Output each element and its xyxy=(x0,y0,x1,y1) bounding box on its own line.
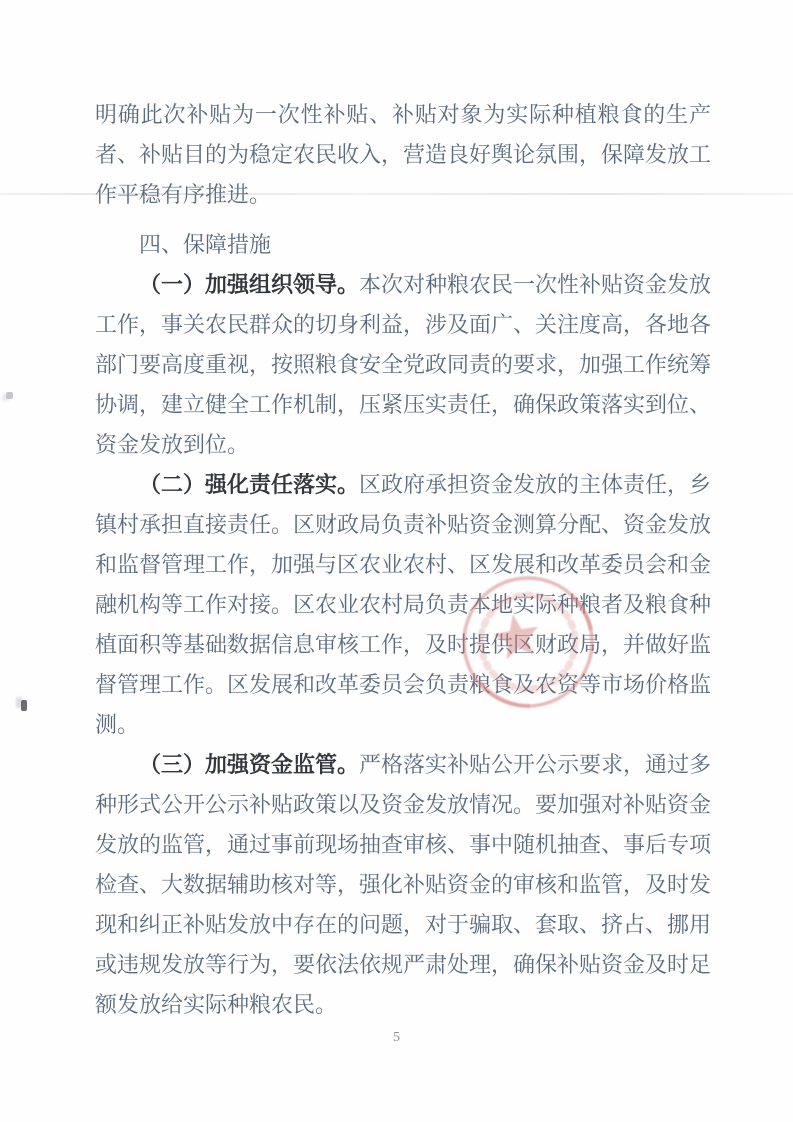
subsection-heading: （三）加强资金监管。 xyxy=(139,752,359,777)
scan-speck xyxy=(21,700,27,711)
line-text: 区政府承担资金发放的主体责任，乡 xyxy=(359,472,711,497)
text-line: 资金发放到位。 xyxy=(95,425,711,465)
line-text: 严格落实补贴公开公示要求，通过多 xyxy=(359,752,711,777)
text-line: 植面积等基础数据信息审核工作，及时提供区财政局，并做好监 xyxy=(95,625,711,665)
scan-speck xyxy=(6,392,13,399)
text-line: 或违规发放等行为，要依法依规严肃处理，确保补贴资金及时足 xyxy=(95,945,711,985)
text-line: 部门要高度重视，按照粮食安全党政同责的要求，加强工作统筹 xyxy=(95,345,711,385)
text-line: 测。 xyxy=(95,705,711,745)
subsection-heading: （一）加强组织领导。 xyxy=(139,272,359,297)
line-text: 本次对种粮农民一次性补贴资金发放 xyxy=(359,272,711,297)
text-line: 镇村承担直接责任。区财政局负责补贴资金测算分配、资金发放 xyxy=(95,505,711,545)
section-heading-line: 四、保障措施 xyxy=(95,225,711,265)
text-line: 额发放给实际种粮农民。 xyxy=(95,985,711,1025)
text-line: 种形式公开公示补贴政策以及资金发放情况。要加强对补贴资金 xyxy=(95,785,711,825)
text-line: 现和纠正补贴发放中存在的问题，对于骗取、套取、挤占、挪用 xyxy=(95,905,711,945)
subsection-line: （三）加强资金监管。严格落实补贴公开公示要求，通过多 xyxy=(95,745,711,785)
text-line: 发放的监管，通过事前现场抽查审核、事中随机抽查、事后专项 xyxy=(95,825,711,865)
text-line: 督管理工作。区发展和改革委员会负责粮食及农资等市场价格监 xyxy=(95,665,711,705)
subsection-heading: （二）强化责任落实。 xyxy=(139,472,359,497)
text-line: 协调，建立健全工作机制，压紧压实责任，确保政策落实到位、 xyxy=(95,385,711,425)
text-line: 作平稳有序推进。 xyxy=(95,175,711,215)
scanned-document-page: 明确此次补贴为一次性补贴、补贴对象为实际种植粮食的生产 者、补贴目的为稳定农民收… xyxy=(0,0,793,1122)
text-line: 融机构等工作对接。区农业农村局负责本地实际种粮者及粮食种 xyxy=(95,585,711,625)
text-line: 明确此次补贴为一次性补贴、补贴对象为实际种植粮食的生产 xyxy=(95,95,711,135)
text-line: 者、补贴目的为稳定农民收入，营造良好舆论氛围，保障发放工 xyxy=(95,135,711,175)
document-body: 明确此次补贴为一次性补贴、补贴对象为实际种植粮食的生产 者、补贴目的为稳定农民收… xyxy=(95,95,711,1025)
page-number: 5 xyxy=(0,1030,793,1046)
subsection-line: （一）加强组织领导。本次对种粮农民一次性补贴资金发放 xyxy=(95,265,711,305)
subsection-line: （二）强化责任落实。区政府承担资金发放的主体责任，乡 xyxy=(95,465,711,505)
text-line: 和监督管理工作，加强与区农业农村、区发展和改革委员会和金 xyxy=(95,545,711,585)
text-line: 工作，事关农民群众的切身利益，涉及面广、关注度高，各地各 xyxy=(95,305,711,345)
text-line: 检查、大数据辅助核对等，强化补贴资金的审核和监管，及时发 xyxy=(95,865,711,905)
